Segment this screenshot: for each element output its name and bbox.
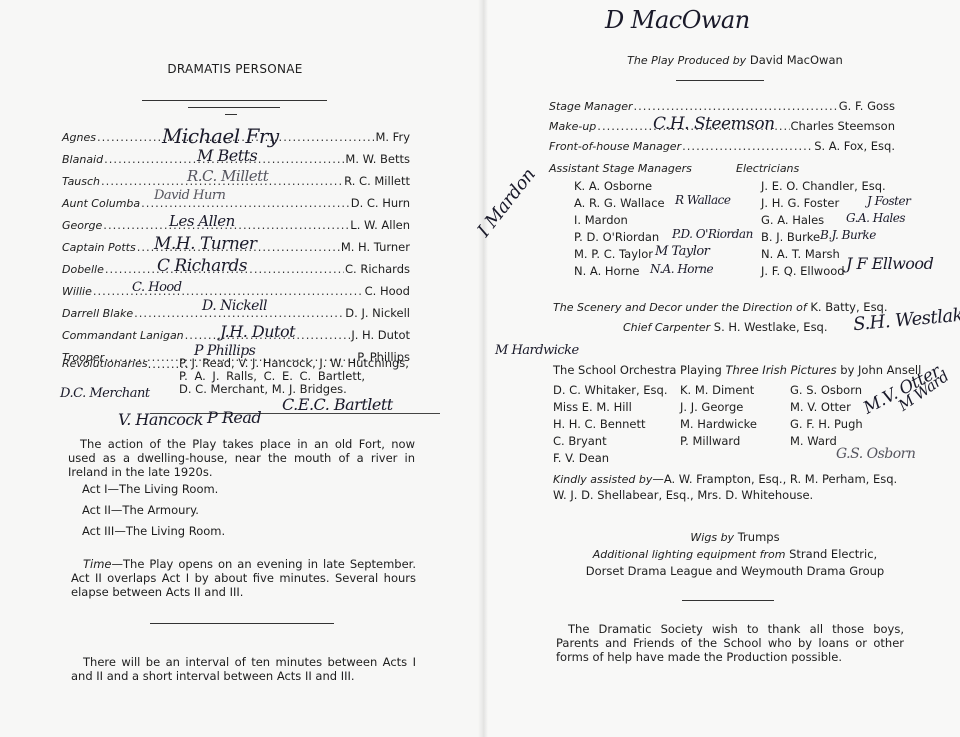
list-item: G. S. Osborn [790, 382, 863, 399]
carpenter-name: S. H. Westlake, Esq. [714, 320, 828, 334]
thanks-paragraph: The Dramatic Society wish to thank all t… [556, 622, 904, 664]
cast-role: Agnes [62, 131, 96, 144]
act-3: Act III—The Living Room. [82, 524, 225, 538]
time-text: —The Play opens on an evening in late Se… [71, 557, 416, 599]
act-1: Act I—The Living Room. [82, 482, 218, 496]
cast-role: Darrell Blake [62, 307, 133, 320]
cast-row: Aunt ColumbaD. C. Hurn [62, 196, 410, 214]
electricians-heading: Electricians [736, 162, 799, 175]
interval-paragraph: There will be an interval of ten minutes… [71, 655, 416, 683]
lighting-line: Additional lighting equipment from Stran… [540, 547, 930, 561]
signature-burke: B.J. Burke [820, 228, 876, 242]
cast-role: George [62, 219, 102, 232]
revolutionaries-names: P. J. Read, V. J. Hancock, J. W. Hutchin… [179, 357, 409, 396]
list-item: K. A. Osborne [574, 178, 665, 195]
leader-dots [682, 139, 813, 153]
crew-name: Charles Steemson [791, 119, 896, 133]
signature-horne: N.A. Horne [650, 262, 713, 276]
assisted-line-1: Kindly assisted by—A. W. Frampton, Esq.,… [553, 472, 897, 486]
wigs-line: Wigs by Trumps [540, 530, 930, 544]
producer-name: David MacOwan [750, 53, 843, 67]
scenery-label: The Scenery and Decor [553, 301, 682, 314]
signature-read: P Read [207, 408, 261, 427]
cast-signature: C. Hood [132, 280, 182, 295]
list-item: P. Millward [680, 433, 757, 450]
crew-role: Make-up [549, 120, 596, 133]
signature-bartlett: C.E.C. Bartlett [282, 395, 393, 414]
setting-paragraph: The action of the Play takes place in an… [68, 437, 415, 479]
producer-prefix: The Play Produced by [627, 54, 746, 67]
cast-actor: C. Hood [365, 284, 410, 298]
title-rule-long [142, 100, 327, 101]
list-item: I. Mardon [574, 212, 665, 229]
leader-dots [634, 99, 838, 113]
cast-role: Aunt Columba [62, 197, 140, 210]
signature-hardwicke: M Hardwicke [495, 343, 579, 358]
lighting-name: Strand Electric, [789, 547, 877, 561]
cast-actor: D. C. Hurn [351, 196, 410, 210]
cast-signature: C Richards [157, 256, 247, 276]
lighting-label: Additional lighting equipment from [593, 548, 786, 561]
revolutionaries-role: Revolutionaries [62, 357, 148, 371]
title-rule-medium [188, 107, 280, 108]
list-item: P. D. O'Riordan [574, 229, 665, 246]
revolutionaries-row: Revolutionaries ......... [62, 357, 189, 371]
thanks-rule [682, 600, 774, 601]
cast-signature: Les Allen [169, 212, 235, 230]
producer-rule [676, 80, 764, 81]
cast-signature: D. Nickell [202, 298, 267, 314]
list-item: M. Hardwicke [680, 416, 757, 433]
signature-oriordan: P.D. O'Riordan [672, 227, 753, 241]
time-label: Time [83, 557, 112, 571]
list-item: C. Bryant [553, 433, 668, 450]
orchestra-line: The School Orchestra Playing Three Irish… [553, 363, 921, 377]
list-item: K. M. Diment [680, 382, 757, 399]
orchestra-column-3: G. S. OsbornM. V. OtterG. F. H. PughM. W… [790, 382, 863, 450]
signature-foster: J Foster [867, 194, 910, 208]
page-fold [478, 0, 488, 737]
list-item: A. R. G. Wallace [574, 195, 665, 212]
cast-actor: R. C. Millett [344, 174, 410, 188]
orchestra-column-2: K. M. DimentJ. J. GeorgeM. HardwickeP. M… [680, 382, 757, 450]
list-item: H. H. C. Bennett [553, 416, 668, 433]
cast-signature: David Hurn [154, 188, 225, 203]
cast-role: Tausch [62, 175, 100, 188]
signature-hancock: V. Hancock [118, 410, 203, 429]
asm-heading: Assistant Stage Managers [549, 162, 692, 175]
assisted-names-1: —A. W. Frampton, Esq., R. M. Perham, Esq… [652, 472, 897, 486]
list-item: J. E. O. Chandler, Esq. [761, 178, 886, 195]
cast-actor: M. H. Turner [341, 240, 410, 254]
list-item: J. J. George [680, 399, 757, 416]
producer-line: The Play Produced by David MacOwan [540, 53, 930, 67]
list-item: G. F. H. Pugh [790, 416, 863, 433]
carpenter-line: Chief Carpenter S. H. Westlake, Esq. [623, 320, 828, 334]
page-title: DRAMATIS PERSONAE [0, 62, 470, 76]
cast-signature: R.C. Millett [187, 167, 268, 185]
signature-hales: G.A. Hales [846, 211, 905, 225]
cast-actor: M. Fry [375, 130, 410, 144]
cast-actor: D. J. Nickell [345, 306, 410, 320]
cast-signature: J.H. Dutot [220, 322, 295, 341]
orchestra-prefix: The School Orchestra Playing [553, 363, 722, 377]
crew-name: G. F. Goss [839, 99, 895, 113]
list-item: M. P. C. Taylor [574, 246, 665, 263]
crew-role: Stage Manager [549, 100, 633, 113]
cast-role: Dobelle [62, 263, 104, 276]
divider-rule [150, 623, 334, 624]
cast-role: Commandant Lanigan [62, 329, 184, 342]
signature-osborn: G.S. Osborn [836, 446, 915, 462]
cast-actor: L. W. Allen [350, 218, 410, 232]
time-paragraph: Time—The Play opens on an evening in lat… [71, 557, 416, 599]
title-rule-short [225, 114, 237, 115]
crew-role: Front-of-house Manager [549, 140, 681, 153]
cast-actor: J. H. Dutot [351, 328, 410, 342]
crew-name: S. A. Fox, Esq. [814, 139, 895, 153]
signature-ellwood: J F Ellwood [846, 254, 933, 273]
cast-signature: Michael Fry [162, 124, 279, 148]
list-item: M. V. Otter [790, 399, 863, 416]
cast-actor: M. W. Betts [345, 152, 410, 166]
assisted-line-2: W. J. D. Shellabear, Esq., Mrs. D. White… [553, 488, 813, 502]
cast-role: Captain Potts [62, 241, 136, 254]
cast-role: Willie [62, 285, 92, 298]
list-item: D. C. Whitaker, Esq. [553, 382, 668, 399]
wigs-name: Trumps [738, 530, 780, 544]
producer-signature: D MacOwan [605, 6, 750, 34]
signature-wallace: R Wallace [675, 193, 730, 207]
crew-row: Front-of-house ManagerS. A. Fox, Esq. [549, 139, 895, 157]
orchestra-piece: Three Irish Pictures [725, 363, 836, 377]
signature-merchant: D.C. Merchant [60, 386, 150, 401]
cast-signature: M.H. Turner [154, 234, 257, 254]
cast-signature: M Betts [197, 146, 257, 165]
wigs-label: Wigs by [690, 531, 734, 544]
lighting-line-2: Dorset Drama League and Weymouth Drama G… [540, 564, 930, 578]
scenery-line: The Scenery and Decor under the Directio… [553, 300, 888, 314]
cast-role: Blanaid [62, 153, 103, 166]
assisted-label: Kindly assisted by [553, 473, 652, 486]
list-item: F. V. Dean [553, 450, 668, 467]
signature-taylor: M Taylor [655, 244, 709, 259]
carpenter-label: Chief Carpenter [623, 321, 710, 334]
act-2: Act II—The Armoury. [82, 503, 199, 517]
cast-actor: C. Richards [345, 262, 410, 276]
list-item: Miss E. M. Hill [553, 399, 668, 416]
signature-steemson: C.H. Steemson [653, 114, 775, 134]
scenery-direction-label: under the Direction of [685, 301, 806, 314]
orchestra-column-1: D. C. Whitaker, Esq.Miss E. M. HillH. H.… [553, 382, 668, 467]
